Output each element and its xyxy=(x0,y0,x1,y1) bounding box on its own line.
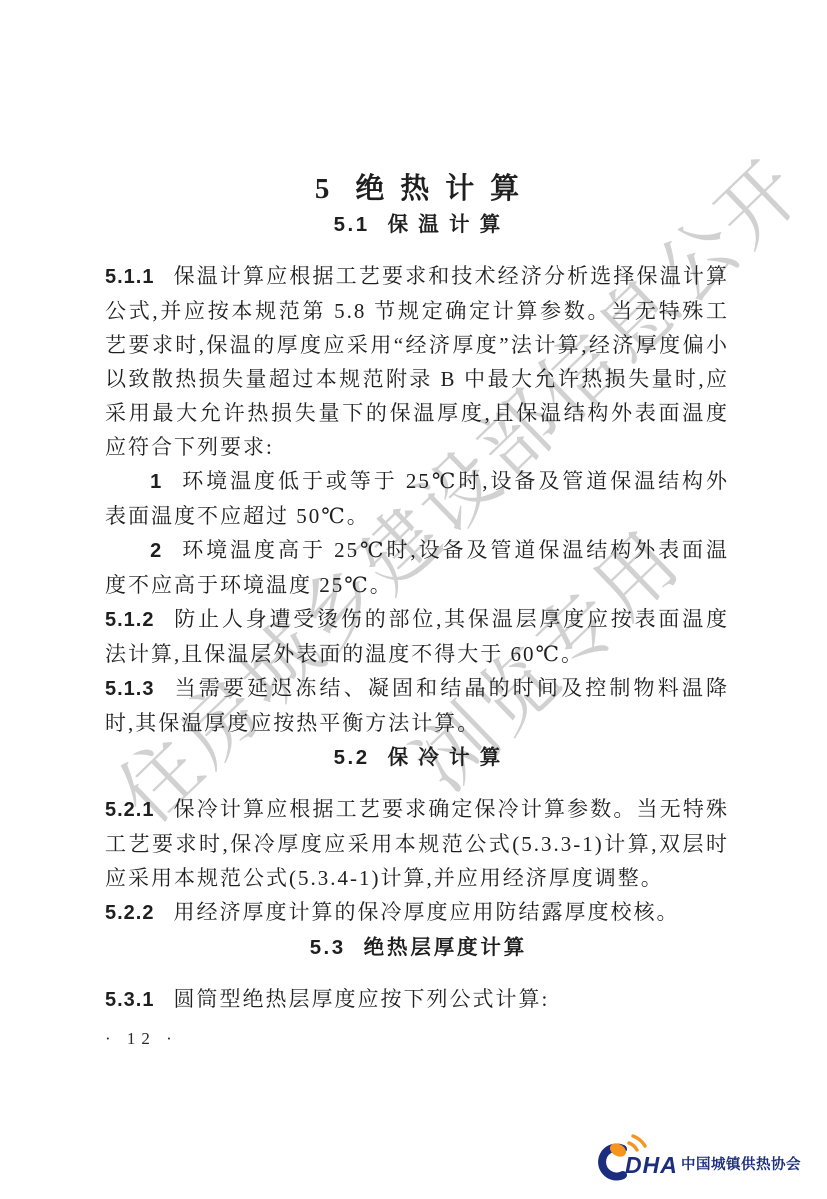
clause-text: 保温计算应根据工艺要求和技术经济分析选择保温计算公式,并应按本规范第 5.8 节… xyxy=(105,264,729,459)
clause-text: 当需要延迟冻结、凝固和结晶的时间及控制物料温降时,其保温厚度应按热平衡方法计算。 xyxy=(105,676,729,735)
section-label: 保冷计算 xyxy=(388,746,511,769)
clause-text: 保冷计算应根据工艺要求确定保冷计算参数。当无特殊工艺要求时,保冷厚度应采用本规范… xyxy=(105,797,729,890)
logo-association-name: 中国城镇供热协会 xyxy=(681,1155,801,1173)
chapter-number: 5 xyxy=(315,173,330,205)
section-heading-5-1: 5.1保温计算 xyxy=(105,207,729,237)
logo-acronym: DHA xyxy=(625,1152,678,1178)
clause-text: 圆筒型绝热层厚度应按下列公式计算: xyxy=(173,987,549,1011)
clause-number: 5.1.3 xyxy=(105,678,154,700)
clause-5-1-2: 5.1.2防止人身遭受烫伤的部位,其保温层厚度应按表面温度法计算,且保温层外表面… xyxy=(105,602,729,671)
section-number: 5.1 xyxy=(334,213,370,236)
document-page: 住房城乡建设部信息公开 浏览专用 5绝热计算 5.1保温计算 5.1.1保温计算… xyxy=(0,0,827,1199)
section-heading-5-2: 5.2保冷计算 xyxy=(105,740,729,770)
clause-5-1-3: 5.1.3当需要延迟冻结、凝固和结晶的时间及控制物料温降时,其保温厚度应按热平衡… xyxy=(105,671,729,740)
section-number: 5.2 xyxy=(334,746,370,769)
chapter-title: 5绝热计算 xyxy=(105,166,729,207)
list-item-2: 2环境温度高于 25℃时,设备及管道保温结构外表面温度不应高于环境温度 25℃。 xyxy=(105,533,729,602)
section-heading-5-3: 5.3绝热层厚度计算 xyxy=(105,930,729,960)
clause-5-2-2: 5.2.2用经济厚度计算的保冷厚度应用防结露厚度校核。 xyxy=(105,895,729,930)
list-item-1: 1环境温度低于或等于 25℃时,设备及管道保温结构外表面温度不应超过 50℃。 xyxy=(105,464,729,533)
page-content: 5绝热计算 5.1保温计算 5.1.1保温计算应根据工艺要求和技术经济分析选择保… xyxy=(0,0,827,1199)
item-number: 2 xyxy=(150,540,162,562)
section-label: 保温计算 xyxy=(388,213,511,236)
logo-wave-icon xyxy=(629,1143,637,1150)
section-label: 绝热层厚度计算 xyxy=(364,936,528,959)
clause-number: 5.1.2 xyxy=(105,609,154,631)
page-number: · 12 · xyxy=(105,1029,729,1049)
cdha-logo: DHA 中国城镇供热协会 xyxy=(589,1133,801,1185)
item-text: 环境温度高于 25℃时,设备及管道保温结构外表面温度不应高于环境温度 25℃。 xyxy=(105,538,729,597)
clause-text: 用经济厚度计算的保冷厚度应用防结露厚度校核。 xyxy=(173,900,679,924)
item-text: 环境温度低于或等于 25℃时,设备及管道保温结构外表面温度不应超过 50℃。 xyxy=(105,469,729,528)
clause-5-2-1: 5.2.1保冷计算应根据工艺要求确定保冷计算参数。当无特殊工艺要求时,保冷厚度应… xyxy=(105,792,729,895)
item-number: 1 xyxy=(150,471,162,493)
clause-5-1-1: 5.1.1保温计算应根据工艺要求和技术经济分析选择保温计算公式,并应按本规范第 … xyxy=(105,259,729,464)
cdha-logo-icon: DHA 中国城镇供热协会 xyxy=(589,1133,801,1185)
clause-number: 5.2.1 xyxy=(105,799,154,821)
clause-number: 5.2.2 xyxy=(105,902,154,924)
clause-5-3-1: 5.3.1圆筒型绝热层厚度应按下列公式计算: xyxy=(105,982,729,1017)
clause-number: 5.3.1 xyxy=(105,989,154,1011)
section-number: 5.3 xyxy=(310,936,346,959)
clause-number: 5.1.1 xyxy=(105,266,154,288)
chapter-label: 绝热计算 xyxy=(355,173,535,205)
clause-text: 防止人身遭受烫伤的部位,其保温层厚度应按表面温度法计算,且保温层外表面的温度不得… xyxy=(105,607,729,666)
